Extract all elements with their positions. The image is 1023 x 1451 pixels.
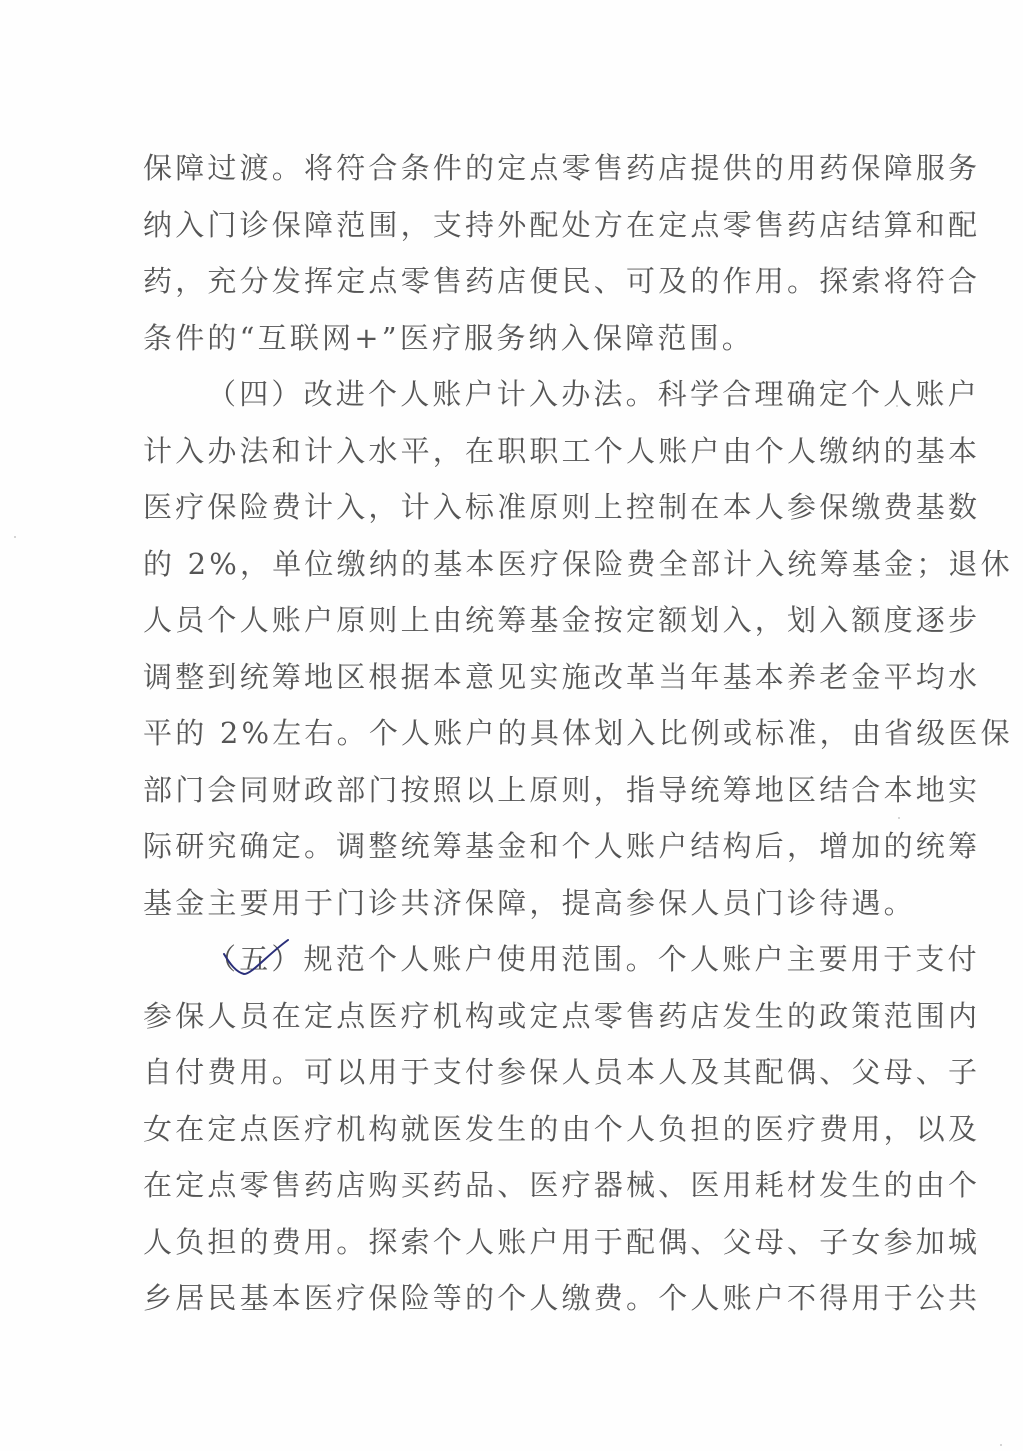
- text-line: 药，充分发挥定点零售药店便民、可及的作用。探索将符合: [143, 259, 873, 316]
- text-line: 医疗保险费计入，计入标准原则上控制在本人参保缴费基数: [143, 485, 873, 542]
- text-line: 参保人员在定点医疗机构或定点零售药店发生的政策范围内: [143, 994, 873, 1051]
- text-line: 人负担的费用。探索个人账户用于配偶、父母、子女参加城: [143, 1220, 873, 1277]
- text-line: 的 2%，单位缴纳的基本医疗保险费全部计入统筹基金；退休: [143, 542, 873, 599]
- text-line: 在定点零售药店购买药品、医疗器械、医用耗材发生的由个: [143, 1163, 873, 1220]
- scan-speck: [898, 817, 900, 819]
- scanned-document-page: 保障过渡。将符合条件的定点零售药店提供的用药保障服务 纳入门诊保障范围，支持外配…: [0, 0, 1023, 1451]
- text-line: 平的 2%左右。个人账户的具体划入比例或标准，由省级医保: [143, 711, 873, 768]
- text-line: 保障过渡。将符合条件的定点零售药店提供的用药保障服务: [143, 146, 873, 203]
- text-line: 女在定点医疗机构就医发生的由个人负担的医疗费用，以及: [143, 1107, 873, 1164]
- section-heading-line: （四）改进个人账户计入办法。科学合理确定个人账户: [143, 372, 873, 429]
- scan-speck: [1000, 1444, 1002, 1446]
- section-heading-line: （五）规范个人账户使用范围。个人账户主要用于支付: [143, 937, 873, 994]
- text-line: 际研究确定。调整统筹基金和个人账户结构后，增加的统筹: [143, 824, 873, 881]
- document-body: 保障过渡。将符合条件的定点零售药店提供的用药保障服务 纳入门诊保障范围，支持外配…: [143, 146, 873, 1333]
- text-line: 自付费用。可以用于支付参保人员本人及其配偶、父母、子: [143, 1050, 873, 1107]
- scan-speck: [896, 405, 898, 407]
- text-line: 人员个人账户原则上由统筹基金按定额划入，划入额度逐步: [143, 598, 873, 655]
- text-line: 调整到统筹地区根据本意见实施改革当年基本养老金平均水: [143, 655, 873, 712]
- scan-speck: [14, 536, 16, 538]
- text-line: 计入办法和计入水平，在职职工个人账户由个人缴纳的基本: [143, 429, 873, 486]
- text-line: 条件的“互联网+”医疗服务纳入保障范围。: [143, 316, 873, 373]
- text-line: 纳入门诊保障范围，支持外配处方在定点零售药店结算和配: [143, 203, 873, 260]
- text-line: 基金主要用于门诊共济保障，提高参保人员门诊待遇。: [143, 881, 873, 938]
- text-line: 部门会同财政部门按照以上原则，指导统筹地区结合本地实: [143, 768, 873, 825]
- scan-speck: [866, 848, 868, 850]
- text-line: 乡居民基本医疗保险等的个人缴费。个人账户不得用于公共: [143, 1276, 873, 1333]
